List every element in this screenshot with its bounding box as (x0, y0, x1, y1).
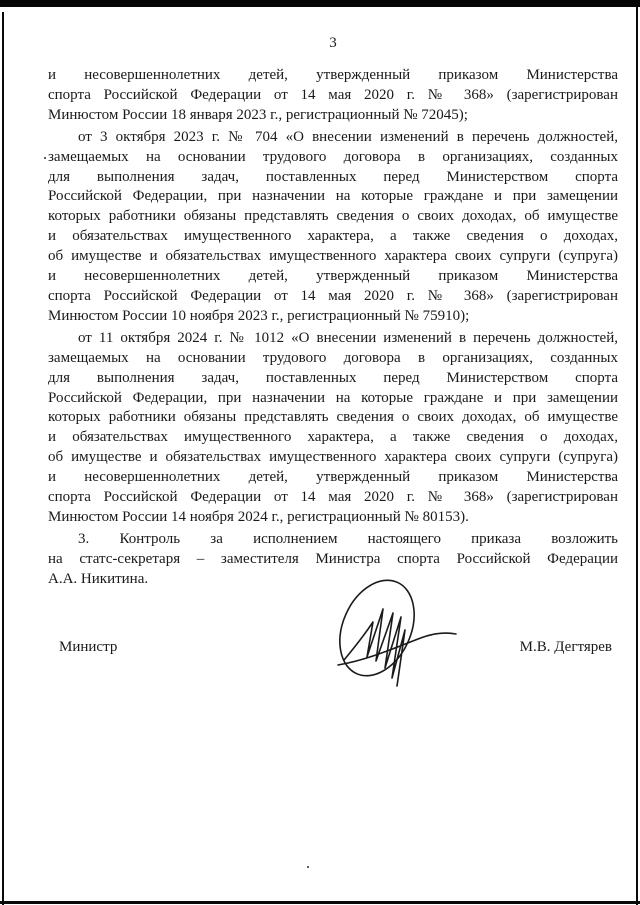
page-number: 3 (48, 34, 618, 52)
text-line: 3. Контроль за исполнением настоящего пр… (48, 530, 618, 550)
text-line: Российской Федерации, при назначении на … (48, 389, 618, 409)
text-line: спорта Российской Федерации от 14 мая 20… (48, 488, 618, 508)
bottom-border-line (0, 901, 640, 904)
text-line: для выполнения задач, поставленных перед… (48, 168, 618, 188)
paragraph: и несовершеннолетних детей, утвержденный… (48, 66, 618, 126)
scan-speck (586, 195, 587, 197)
text-line: замещаемых на основании трудового догово… (48, 349, 618, 369)
text-line: Российской Федерации, при назначении на … (48, 187, 618, 207)
signature-scribble (322, 576, 467, 696)
text-line: которых работники обязаны представлять с… (48, 207, 618, 227)
text-line: от 3 октября 2023 г. № 704 «О внесении и… (48, 128, 618, 148)
text-line: Минюстом России 18 января 2023 г., регис… (48, 106, 618, 126)
scanned-document-page: 3 и несовершеннолетних детей, утвержденн… (0, 0, 640, 905)
text-line: Минюстом России 14 ноября 2024 г., регис… (48, 508, 618, 528)
paragraph: от 11 октября 2024 г. № 1012 «О внесении… (48, 329, 618, 528)
scan-speck (307, 866, 309, 868)
text-line: и несовершеннолетних детей, утвержденный… (48, 267, 618, 287)
scan-speck (44, 157, 46, 159)
left-border-line (2, 12, 4, 905)
minister-name: М.В. Дегтярев (520, 638, 612, 658)
text-line: на статс-секретаря – заместителя Министр… (48, 550, 618, 570)
text-line: для выполнения задач, поставленных перед… (48, 369, 618, 389)
right-border-line (636, 7, 638, 905)
paragraph: от 3 октября 2023 г. № 704 «О внесении и… (48, 128, 618, 327)
text-line: и обязательствах имущественного характер… (48, 227, 618, 247)
top-border-bar (0, 0, 640, 7)
text-line: и несовершеннолетних детей, утвержденный… (48, 468, 618, 488)
text-line: и несовершеннолетних детей, утвержденный… (48, 66, 618, 86)
minister-title: Министр (59, 638, 117, 658)
text-line: которых работники обязаны представлять с… (48, 408, 618, 428)
document-body: и несовершеннолетних детей, утвержденный… (48, 66, 618, 590)
text-line: спорта Российской Федерации от 14 мая 20… (48, 86, 618, 106)
text-line: замещаемых на основании трудового догово… (48, 148, 618, 168)
text-line: и обязательствах имущественного характер… (48, 428, 618, 448)
text-line: спорта Российской Федерации от 14 мая 20… (48, 287, 618, 307)
text-line: об имуществе и обязательствах имуществен… (48, 247, 618, 267)
text-line: от 11 октября 2024 г. № 1012 «О внесении… (48, 329, 618, 349)
text-line: об имуществе и обязательствах имуществен… (48, 448, 618, 468)
text-line: Минюстом России 10 ноября 2023 г., регис… (48, 307, 618, 327)
